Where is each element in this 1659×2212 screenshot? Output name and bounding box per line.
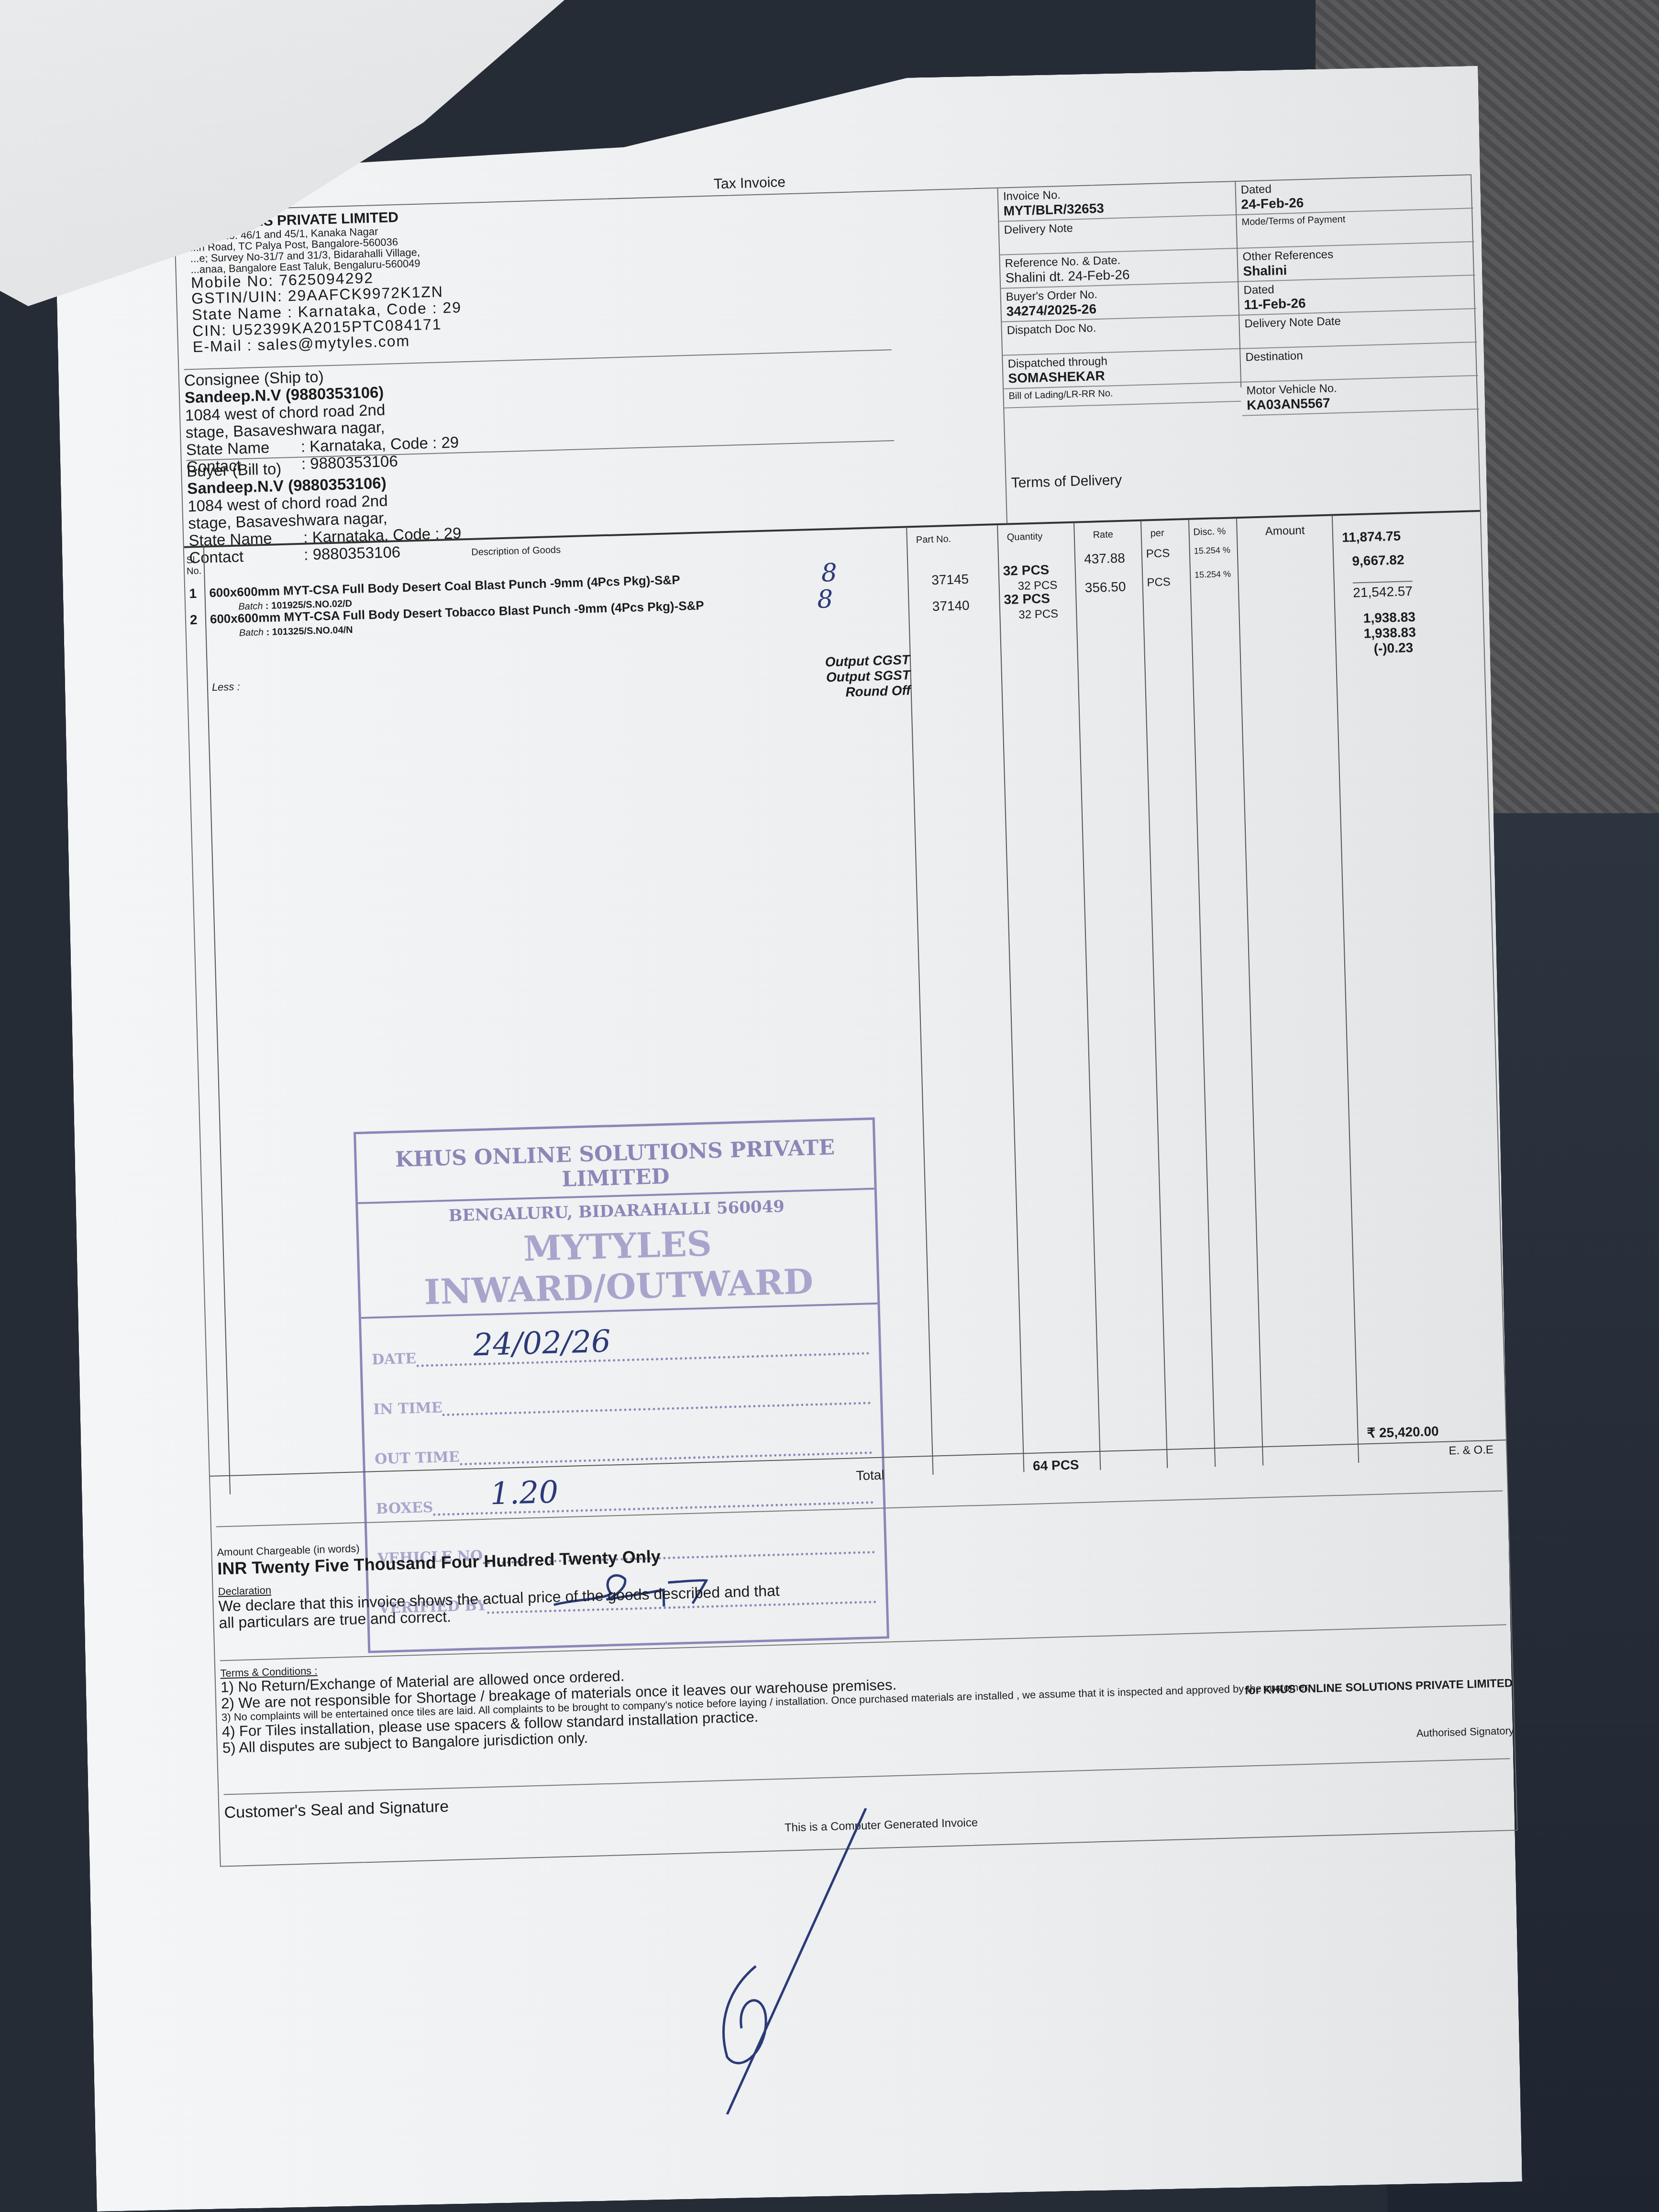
- header-per: per: [1150, 528, 1164, 539]
- stamp-company: KHUS ONLINE SOLUTIONS PRIVATE LIMITED: [356, 1134, 874, 1204]
- row-rate: 356.50: [1084, 579, 1126, 596]
- less-label: Less :: [212, 680, 240, 694]
- stamp-date-label: DATE: [372, 1350, 417, 1369]
- row-batch-label: Batch: [239, 627, 264, 638]
- row-rate: 437.88: [1084, 551, 1126, 567]
- row-quantity: 32 PCS: [1004, 591, 1050, 608]
- invoice-title: Tax Invoice: [714, 174, 786, 192]
- row-disc: 15.254 %: [1194, 569, 1231, 580]
- row-quantity-sub: 32 PCS: [1018, 608, 1058, 622]
- row-disc: 15.254 %: [1194, 545, 1230, 556]
- stamp-out-time-label: OUT TIME: [375, 1449, 460, 1468]
- meta-right-column: Dated24-Feb-26 Mode/Terms of Payment Oth…: [1235, 175, 1478, 387]
- header-part-no: Part No.: [916, 534, 951, 546]
- total-amount: ₹ 25,420.00: [1367, 1423, 1439, 1441]
- eoe-label: E. & O.E: [1449, 1443, 1493, 1458]
- row-hand-note: 8: [821, 559, 838, 588]
- stamp-boxes-label: BOXES: [376, 1499, 433, 1517]
- total-label: Total: [856, 1468, 885, 1484]
- meta-left-column: Invoice No.MYT/BLR/32653 Delivery Note R…: [998, 182, 1241, 409]
- row-part-no: 37145: [931, 572, 969, 588]
- row-amount: 9,667.82: [1352, 552, 1405, 569]
- stamp-in-time-value: [442, 1402, 871, 1416]
- row-part-no: 37140: [932, 598, 970, 614]
- stamp-date-value: 24/02/26: [415, 1316, 869, 1367]
- invoice-frame: SOLUTIONS PRIVATE LIMITED ...rvey No. 46…: [174, 174, 1518, 1867]
- tax-amount-round-off: (-)0.23: [1373, 640, 1413, 656]
- header-quantity: Quantity: [1007, 531, 1043, 543]
- tax-amount-sgst: 1,938.83: [1363, 625, 1416, 641]
- row-hand-note: 8: [817, 585, 833, 614]
- header-rate: Rate: [1093, 529, 1113, 541]
- row-batch: : 101325/S.NO.04/N: [266, 625, 353, 638]
- stamp-in-time-label: IN TIME: [373, 1399, 442, 1418]
- row-quantity: 32 PCS: [1003, 562, 1049, 579]
- row-sl: 2: [190, 612, 198, 628]
- tax-amount-cgst: 1,938.83: [1363, 609, 1416, 626]
- row-sl: 1: [189, 586, 197, 601]
- header-description: Description of Goods: [471, 545, 561, 558]
- row-per: PCS: [1147, 575, 1171, 589]
- pen-signature-icon: [698, 1808, 871, 2114]
- stamp-boxes-value: 1.20: [432, 1466, 874, 1516]
- subtotal: 21,542.57: [1353, 581, 1413, 600]
- row-per: PCS: [1146, 547, 1170, 561]
- row-description: 600x600mm MYT-CSA Full Body Desert Coal …: [209, 573, 680, 600]
- header-disc: Disc. %: [1193, 526, 1226, 538]
- seller-block: SOLUTIONS PRIVATE LIMITED ...rvey No. 46…: [189, 196, 901, 355]
- invoice-meta: Invoice No.MYT/BLR/32653 Delivery Note R…: [997, 175, 1481, 523]
- header-amount: Amount: [1265, 524, 1305, 538]
- row-amount: 11,874.75: [1342, 529, 1401, 545]
- total-quantity: 64 PCS: [1033, 1457, 1079, 1474]
- header-sl-no: Sl No.: [186, 555, 203, 577]
- terms-of-delivery-label: Terms of Delivery: [1011, 472, 1122, 491]
- items-table: Sl No. Description of Goods Part No. Qua…: [184, 510, 1506, 1495]
